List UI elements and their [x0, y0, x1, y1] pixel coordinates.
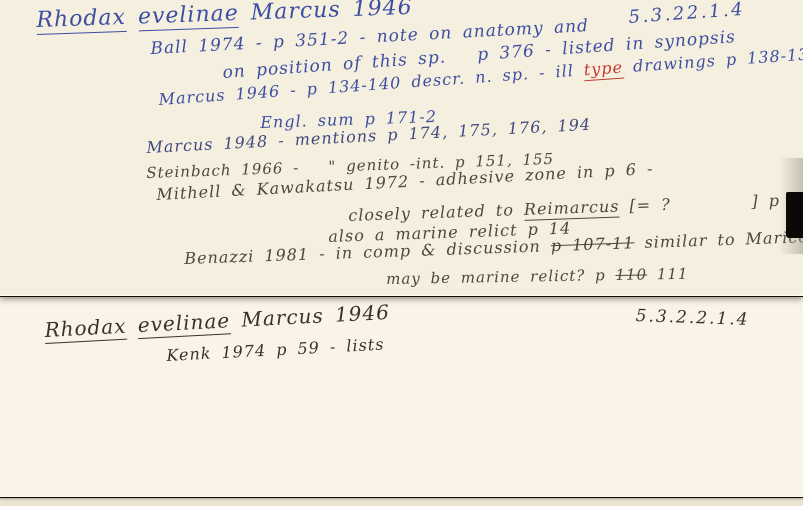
text-segment: Kenk 1974 p 59 - lists	[166, 335, 385, 365]
bottom-index-card: 5.3.2.2.1.4 Rhodax evelinae Marcus 1946K…	[0, 297, 803, 497]
background-gap-notch	[786, 192, 803, 238]
genus-name: Rhodax	[36, 5, 126, 35]
species-epithet: evelinae	[138, 1, 240, 32]
species-epithet: evelinae	[137, 308, 231, 339]
citation-kenk-1974: Kenk 1974 p 59 - lists	[166, 336, 385, 366]
genus-name: Rhodax	[44, 314, 127, 344]
author-year: Marcus 1946	[238, 0, 413, 26]
species-title: Rhodax evelinae Marcus 1946	[44, 301, 390, 342]
text-segment	[126, 4, 139, 29]
struck-page-ref: p 107-11	[551, 233, 635, 255]
top-index-card: 5.3.22.1.4 Rhodax evelinae Marcus 1946Ba…	[0, 0, 803, 296]
text-segment: may be marine relict? p	[386, 266, 616, 288]
text-segment: similar to Maricola	[634, 227, 803, 253]
type-annotation: type	[583, 58, 624, 82]
author-year: Marcus 1946	[229, 300, 390, 332]
related-genus: Reimarcus	[524, 197, 620, 221]
text-segment: [= ? ] p 13	[619, 190, 803, 216]
struck-page-number: 110	[615, 265, 647, 284]
citation-benazzi-1981-cont: may be marine relict? p 110 111	[386, 266, 689, 289]
citation-mithell-kawakatsu-cont-1: closely related to Reimarcus [= ? ] p 13	[348, 191, 803, 226]
classification-code: 5.3.22.1.4	[628, 0, 746, 29]
text-segment: 111	[647, 265, 689, 284]
underlying-card-edge	[0, 498, 803, 506]
classification-code: 5.3.2.2.1.4	[635, 307, 750, 331]
